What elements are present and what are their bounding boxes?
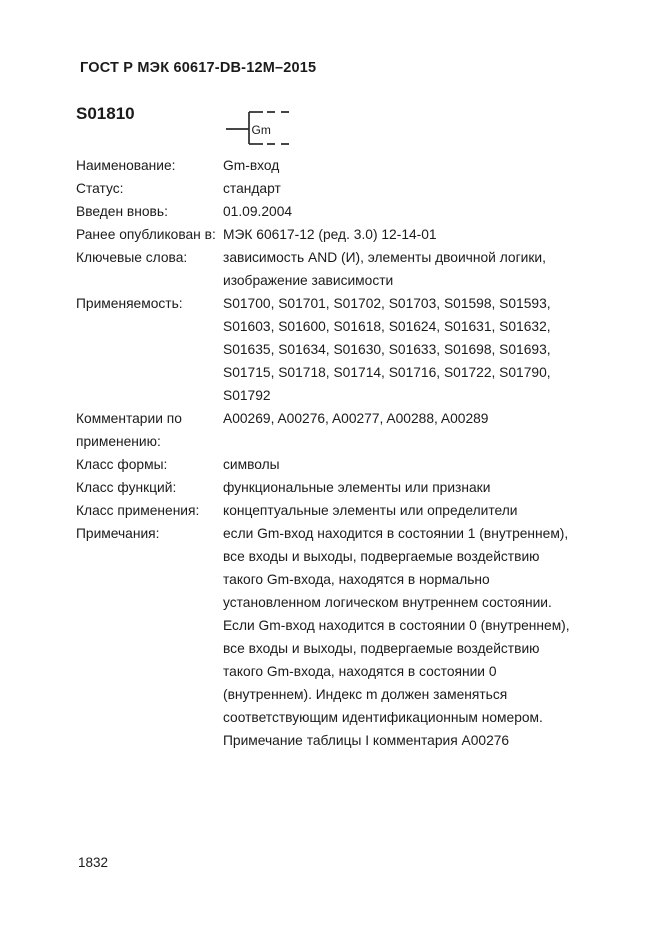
document-page: ГОСТ Р МЭК 60617-DB-12M–2015 S01810 Gm Н… <box>0 0 661 936</box>
field-row-introduced: Введен вновь: 01.09.2004 <box>76 200 621 223</box>
field-value: функциональные элементы или признаки <box>223 476 621 499</box>
attributes-list: Наименование: Gm-вход Статус: стандарт В… <box>76 154 621 752</box>
field-label: Класс формы: <box>76 453 223 476</box>
field-row-application-comments: Комментарии по применению: A00269, A0027… <box>76 407 621 453</box>
field-label: Статус: <box>76 177 223 200</box>
field-label: Комментарии по применению: <box>76 407 223 453</box>
field-row-function-class: Класс функций: функциональные элементы и… <box>76 476 621 499</box>
field-row-notes: Примечания: если Gm-вход находится в сос… <box>76 522 621 752</box>
field-row-status: Статус: стандарт <box>76 177 621 200</box>
doc-header-title: ГОСТ Р МЭК 60617-DB-12M–2015 <box>80 60 316 76</box>
entry-id: S01810 <box>76 104 135 124</box>
field-row-application-class: Класс применения: концептуальные элемент… <box>76 499 621 522</box>
field-row-form-class: Класс формы: символы <box>76 453 621 476</box>
field-row-applicability: Применяемость: S01700, S01701, S01702, S… <box>76 292 621 407</box>
field-value: стандарт <box>223 177 621 200</box>
symbol-figure: Gm <box>226 101 294 149</box>
field-value: 01.09.2004 <box>223 200 621 223</box>
field-label: Ранее опубликован в: <box>76 223 223 246</box>
field-label: Наименование: <box>76 154 223 177</box>
field-value: S01700, S01701, S01702, S01703, S01598, … <box>223 292 621 407</box>
field-label: Введен вновь: <box>76 200 223 223</box>
symbol-gm-label: Gm <box>252 123 271 137</box>
field-label: Класс применения: <box>76 499 223 522</box>
field-label: Применяемость: <box>76 292 223 315</box>
page-number: 1832 <box>78 855 108 870</box>
field-row-name: Наименование: Gm-вход <box>76 154 621 177</box>
field-value: зависимость AND (И), элементы двоичной л… <box>223 246 621 292</box>
field-label: Класс функций: <box>76 476 223 499</box>
field-row-keywords: Ключевые слова: зависимость AND (И), эле… <box>76 246 621 292</box>
field-value: A00269, A00276, A00277, A00288, A00289 <box>223 407 621 430</box>
field-label: Примечания: <box>76 522 223 545</box>
field-value: если Gm-вход находится в состоянии 1 (вн… <box>223 522 621 752</box>
field-row-previously-published: Ранее опубликован в: МЭК 60617-12 (ред. … <box>76 223 621 246</box>
field-value: Gm-вход <box>223 154 621 177</box>
gm-input-symbol: Gm <box>226 101 294 149</box>
field-label: Ключевые слова: <box>76 246 223 269</box>
field-value: концептуальные элементы или определители <box>223 499 621 522</box>
field-value: МЭК 60617-12 (ред. 3.0) 12-14-01 <box>223 223 621 246</box>
field-value: символы <box>223 453 621 476</box>
